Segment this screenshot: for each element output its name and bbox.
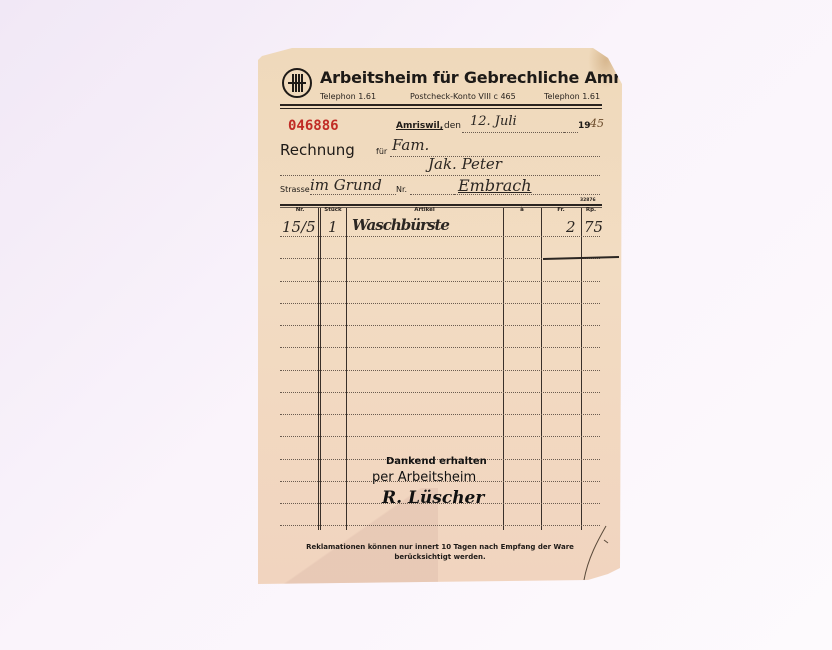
recipient-line1: Fam. bbox=[392, 136, 429, 154]
col-head-fr: Fr. bbox=[541, 207, 581, 213]
street-dotline bbox=[310, 194, 396, 195]
year-printed: 19 bbox=[578, 121, 591, 131]
col-head-rp: Rp. bbox=[581, 207, 601, 213]
nr-dotline bbox=[410, 194, 454, 195]
row-nr: 15/5 bbox=[282, 218, 316, 236]
row-line bbox=[280, 236, 600, 237]
date-prefix: den bbox=[444, 121, 461, 131]
place-dotline bbox=[454, 194, 600, 195]
date-handwritten: 12. Juli bbox=[470, 114, 517, 129]
form-number: 32876 bbox=[580, 198, 596, 203]
row-stueck: 1 bbox=[328, 218, 338, 236]
col-head-stueck: Stück bbox=[320, 207, 346, 213]
year-dotline bbox=[564, 132, 578, 133]
invoice-title: Rechnung bbox=[280, 141, 355, 159]
row-line bbox=[280, 436, 600, 437]
recipient-line2: Jak. Peter bbox=[428, 155, 502, 173]
stamp-line1: Dankend erhalten bbox=[386, 456, 487, 467]
row-fr: 2 bbox=[566, 218, 576, 236]
year-handwritten: 45 bbox=[590, 117, 604, 130]
row-artikel: Waschbürste bbox=[352, 216, 449, 234]
street-label: Strasse bbox=[280, 185, 310, 194]
table-top-rule bbox=[280, 204, 602, 206]
row-line bbox=[280, 281, 600, 282]
phone-right: Telephon 1.61 bbox=[544, 92, 600, 101]
postal-account: Postcheck-Konto VIII c 465 bbox=[410, 92, 516, 101]
col-head-a: à bbox=[503, 207, 541, 213]
stamp-signature: R. Lüscher bbox=[382, 488, 484, 508]
col-head-nr: Nr. bbox=[282, 207, 318, 213]
row-rp: 75 bbox=[584, 218, 603, 236]
place-value: Embrach bbox=[458, 176, 532, 195]
header-rule bbox=[280, 104, 602, 106]
date-dotline bbox=[462, 132, 564, 133]
stamp-line2: per Arbeitsheim bbox=[372, 470, 476, 485]
row-line bbox=[280, 414, 600, 415]
row-line bbox=[280, 325, 600, 326]
place-label: Amriswil, bbox=[396, 121, 443, 131]
company-name: Arbeitsheim für Gebrechliche Amriswil bbox=[320, 68, 661, 87]
header-rule-thin bbox=[280, 108, 602, 109]
row-line bbox=[280, 370, 600, 371]
street-value: im Grund bbox=[310, 176, 382, 194]
serial-number: 046886 bbox=[288, 118, 339, 134]
circle-cross-logo-icon bbox=[282, 68, 312, 98]
row-line bbox=[280, 525, 600, 526]
col-head-artikel: Artikel bbox=[346, 207, 503, 213]
for-label: für bbox=[376, 147, 387, 156]
row-line bbox=[280, 303, 600, 304]
phone-left: Telephon 1.61 bbox=[320, 92, 376, 101]
nr-label: Nr. bbox=[396, 185, 407, 194]
invoice-paper: Arbeitsheim für Gebrechliche Amriswil Te… bbox=[258, 48, 622, 588]
row-line bbox=[280, 392, 600, 393]
pen-stroke-mark bbox=[558, 518, 618, 588]
row-line bbox=[280, 347, 600, 348]
